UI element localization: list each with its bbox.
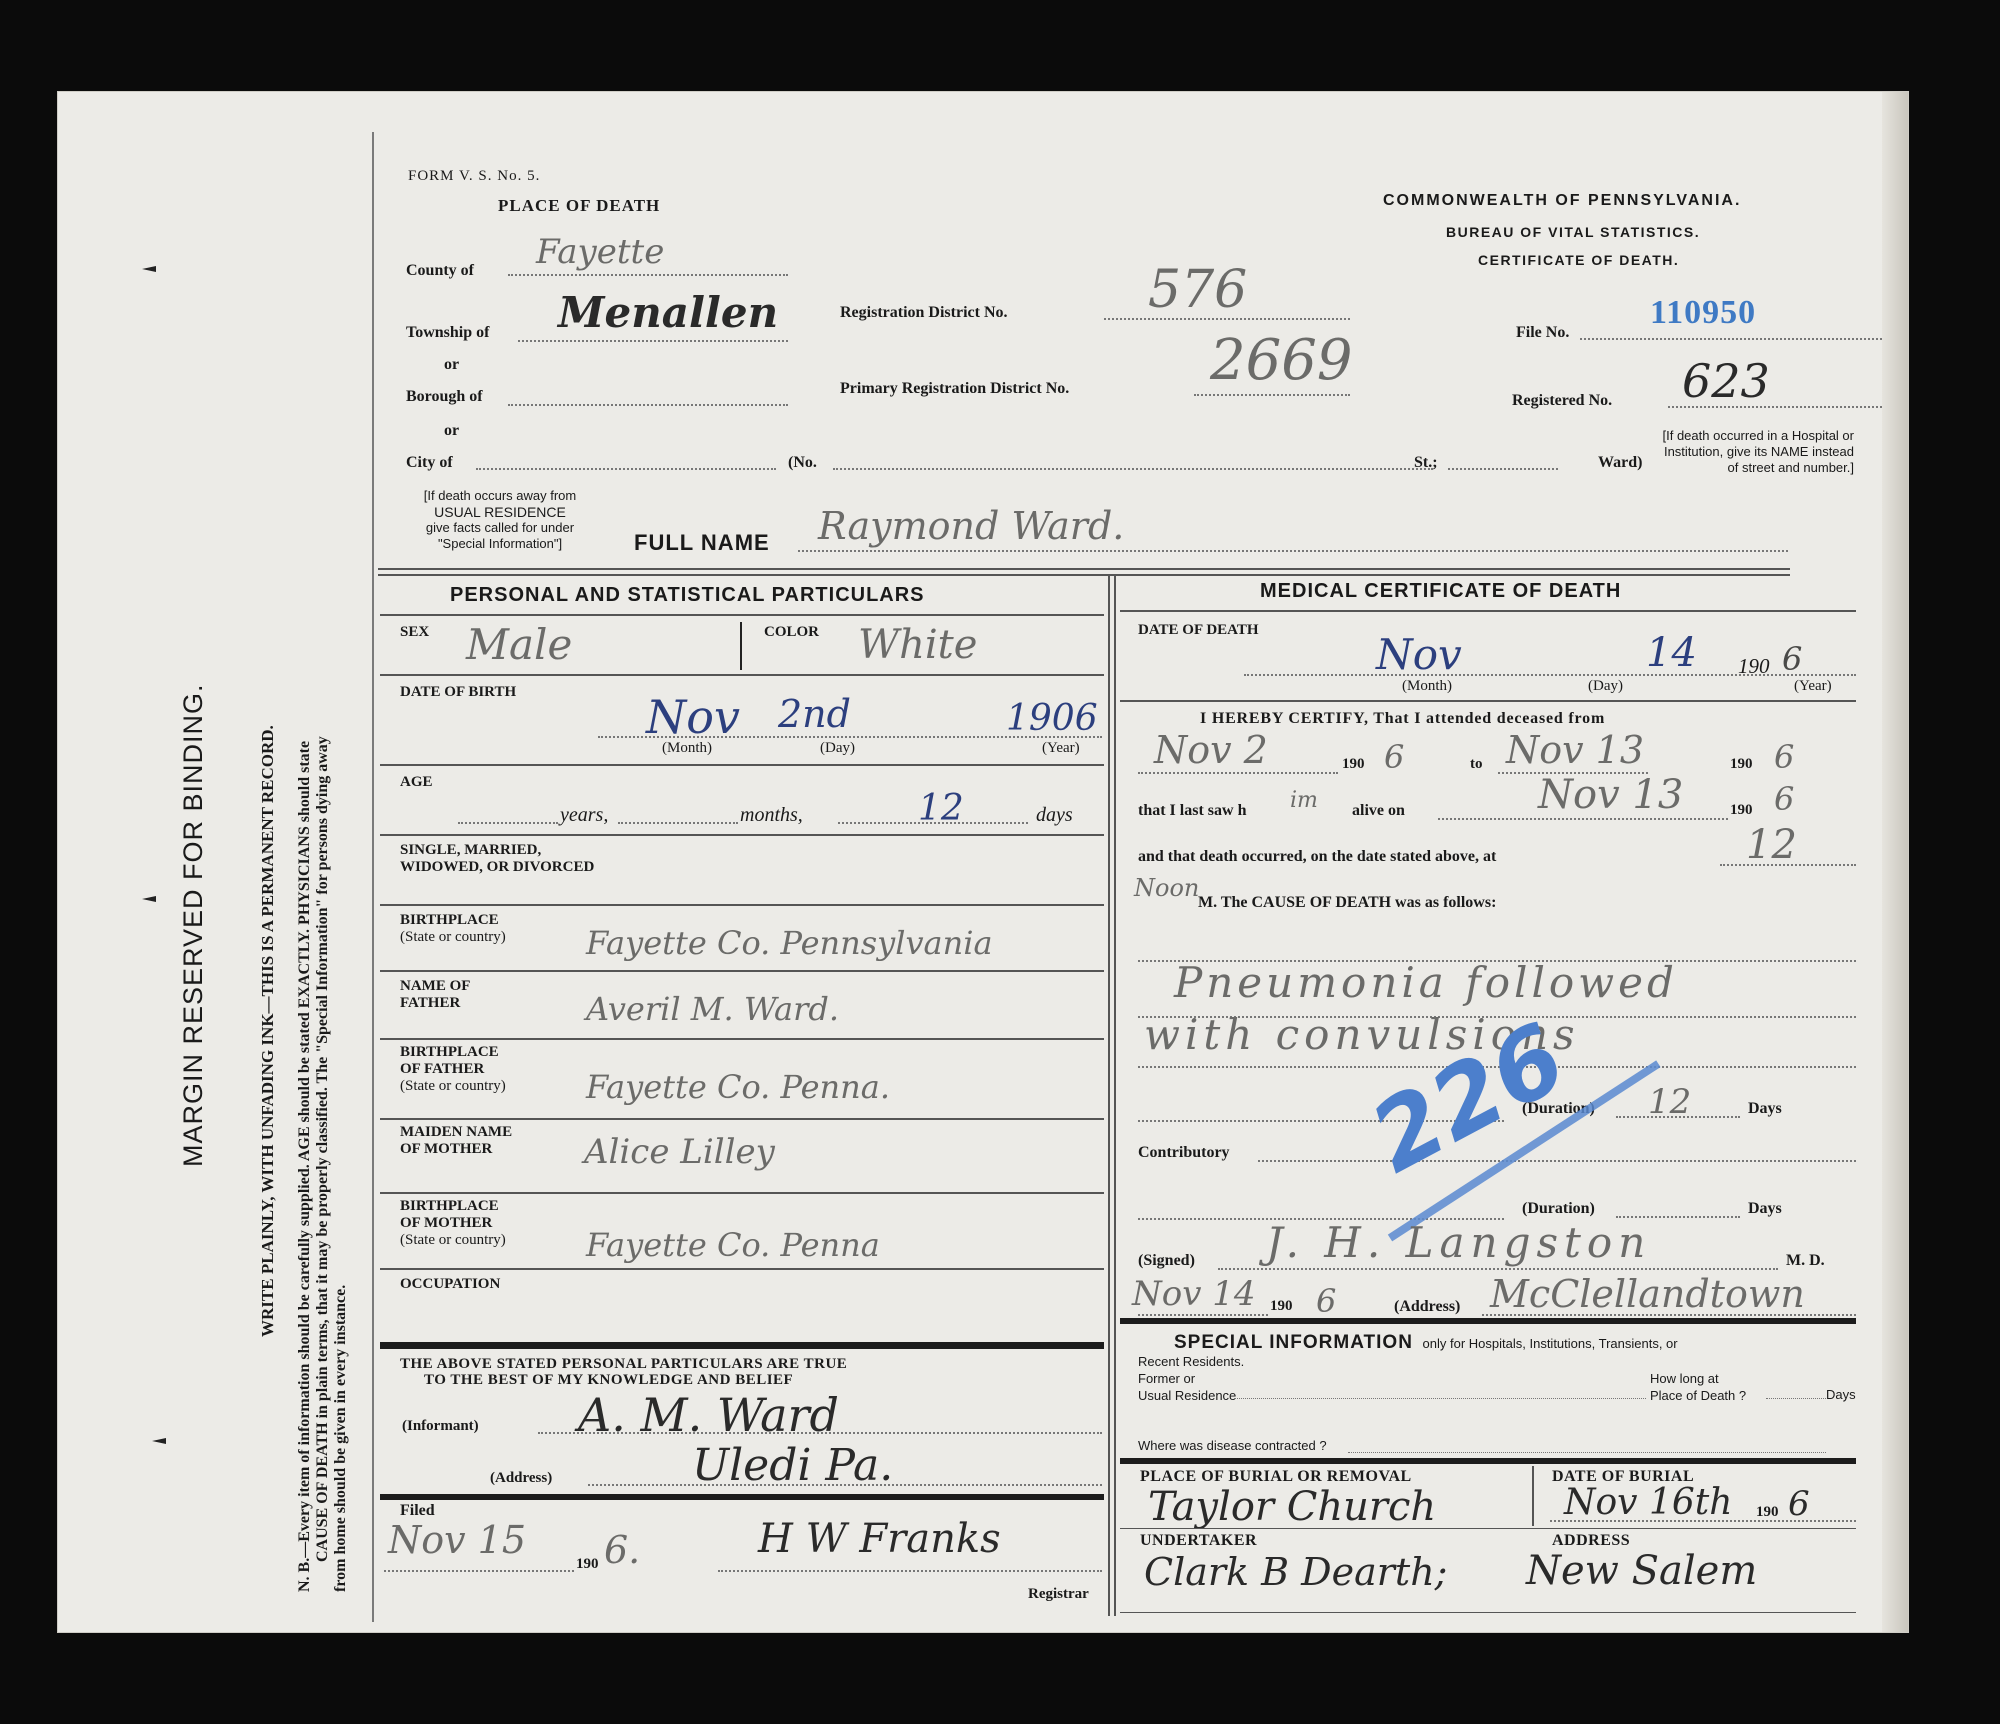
how-long-line: How long at [1650, 1370, 1746, 1387]
filed-year-prefix: 190 [576, 1556, 599, 1573]
last-saw-date: Nov 13 [1538, 772, 1683, 818]
binding-hole-icon [142, 892, 156, 906]
birthplace-label-line: BIRTHPLACE [400, 912, 506, 929]
section-divider [380, 1494, 1104, 1500]
year-caption: (Year) [1794, 678, 1832, 695]
year-prefix: 190 [1730, 802, 1753, 819]
place-of-death-heading: PLACE OF DEATH [498, 196, 660, 216]
attended-from-value: Nov 2 [1154, 728, 1268, 772]
month-caption: (Month) [662, 740, 712, 757]
physician-address-value: McClellandtown [1490, 1272, 1805, 1316]
column-divider [1114, 576, 1116, 1616]
death-certificate-page: MARGIN RESERVED FOR BINDING. WRITE PLAIN… [58, 92, 1908, 1632]
medical-section-title: MEDICAL CERTIFICATE OF DEATH [1260, 580, 1621, 603]
physician-address-label: (Address) [1394, 1298, 1460, 1316]
registration-district-label: Registration District No. [840, 304, 1008, 322]
borough-label: Borough of [406, 388, 483, 406]
undertaker-address-value[interactable]: New Salem [1526, 1548, 1757, 1594]
dob-month: Nov [646, 690, 740, 744]
birthplace-label: BIRTHPLACE (State or country) [400, 912, 506, 946]
mother-label-line: MAIDEN NAME [400, 1124, 512, 1141]
former-residence-label: Former or Usual Residence [1138, 1370, 1236, 1404]
cause-line-1: Pneumonia followed [1174, 958, 1678, 1007]
full-name-label: FULL NAME [634, 530, 770, 556]
registration-district-value: 576 [1148, 260, 1247, 320]
color-value[interactable]: White [858, 622, 977, 668]
contributory-label: Contributory [1138, 1144, 1230, 1162]
county-field[interactable] [508, 274, 788, 276]
divider [380, 1038, 1104, 1040]
divider [380, 970, 1104, 972]
address-no-label: (No. [788, 454, 817, 472]
registrar-signature: H W Franks [758, 1516, 1001, 1562]
binding-hole-icon [152, 1434, 166, 1448]
noon-value: Noon [1134, 874, 1199, 902]
or-label: or [444, 422, 459, 440]
days-label: Days [1748, 1100, 1782, 1118]
to-label: to [1470, 756, 1483, 773]
file-no-label: File No. [1516, 324, 1569, 342]
mother-label-line: OF MOTHER [400, 1141, 512, 1158]
divider [380, 764, 1104, 766]
dob-year: 1906 [1006, 698, 1098, 739]
binding-hole-icon [142, 262, 156, 276]
divider [380, 1268, 1104, 1270]
file-no-stamp: 110950 [1650, 294, 1756, 332]
father-name-label: NAME OF FATHER [400, 978, 470, 1012]
contributory-field[interactable] [1258, 1160, 1856, 1162]
city-field[interactable] [476, 468, 776, 470]
attended-to-value: Nov 13 [1506, 728, 1644, 772]
last-saw-year: 6 [1774, 780, 1794, 818]
cause-of-death-label: M. The CAUSE OF DEATH was as follows: [1198, 894, 1496, 912]
dob-label: DATE OF BIRTH [400, 684, 516, 701]
borough-field[interactable] [508, 404, 788, 406]
ward-label: Ward) [1598, 454, 1642, 472]
residence-note-line: USUAL RESIDENCE [402, 504, 598, 520]
age-days-value: 12 [918, 788, 964, 829]
township-value: Menallen [558, 288, 778, 337]
or-label: or [444, 356, 459, 374]
how-long-field[interactable] [1766, 1398, 1826, 1399]
attest-line-2: TO THE BEST OF MY KNOWLEDGE AND BELIEF [424, 1372, 793, 1389]
margin-reserved-text: MARGIN RESERVED FOR BINDING. [178, 683, 209, 1167]
paper-edge-shadow [1882, 92, 1908, 1632]
township-field[interactable] [518, 340, 788, 342]
duration-label: (Duration) [1522, 1200, 1595, 1218]
nb-line-2: CAUSE OF DEATH in plain terms, that it m… [314, 736, 332, 1562]
year-prefix: 190 [1756, 1504, 1779, 1521]
residence-note: [If death occurs away from USUAL RESIDEN… [402, 488, 598, 552]
signed-label: (Signed) [1138, 1252, 1195, 1270]
last-saw-pronoun: im [1290, 788, 1318, 813]
mother-birthplace-label: BIRTHPLACE OF MOTHER (State or country) [400, 1198, 506, 1249]
months-label: months, [740, 804, 803, 827]
marital-label-line: WIDOWED, OR DIVORCED [400, 859, 594, 876]
birthplace-value[interactable]: Fayette Co. Pennsylvania [586, 924, 993, 962]
father-bp-label-line: OF FATHER [400, 1061, 506, 1078]
marital-label-line: SINGLE, MARRIED, [400, 842, 594, 859]
attended-to-year: 6 [1774, 738, 1794, 776]
write-plainly-text: WRITE PLAINLY, WITH UNFADING INK—THIS IS… [258, 725, 278, 1337]
signature-field[interactable] [1218, 1268, 1778, 1270]
year-prefix: 190 [1270, 1298, 1293, 1315]
state-or-country: (State or country) [400, 929, 506, 946]
marital-status-field[interactable] [618, 852, 1098, 888]
father-label-line: NAME OF [400, 978, 470, 995]
signed-date-field[interactable] [1138, 1314, 1268, 1316]
former-label-line: Usual Residence [1138, 1387, 1236, 1404]
mother-name-value[interactable]: Alice Lilley [584, 1132, 775, 1172]
burial-year-suffix: 6 [1788, 1484, 1810, 1524]
days-label: Days [1748, 1200, 1782, 1218]
divider [378, 574, 1790, 576]
disease-contracted-field[interactable] [1348, 1452, 1826, 1453]
form-number: FORM V. S. No. 5. [408, 168, 540, 185]
primary-registration-value: 2669 [1210, 328, 1353, 393]
city-label: City of [406, 454, 453, 472]
township-label: Township of [406, 324, 489, 342]
occupation-field[interactable] [598, 1276, 1098, 1316]
street-address-field[interactable] [833, 468, 1433, 470]
undertaker-value[interactable]: Clark B Dearth; [1144, 1550, 1447, 1594]
special-info-title: SPECIAL INFORMATION [1174, 1332, 1413, 1353]
field-divider [1532, 1466, 1534, 1526]
county-value: Fayette [536, 232, 664, 272]
special-info-subtitle: only for Hospitals, Institutions, Transi… [1423, 1336, 1678, 1351]
divider [1120, 700, 1856, 702]
date-of-death-label: DATE OF DEATH [1138, 622, 1259, 639]
full-name-value: Raymond Ward. [818, 504, 1124, 548]
attended-from-field[interactable] [1138, 772, 1338, 774]
alive-on-label: alive on [1352, 802, 1405, 820]
attest-line-1: THE ABOVE STATED PERSONAL PARTICULARS AR… [400, 1356, 847, 1373]
undertaker-label: UNDERTAKER [1140, 1532, 1257, 1550]
mother-birthplace-value[interactable]: Fayette Co. Penna [586, 1226, 880, 1264]
dob-day: 2nd [778, 692, 851, 736]
state-or-country: (State or country) [400, 1232, 506, 1249]
father-birthplace-value[interactable]: Fayette Co. Penna. [586, 1068, 890, 1106]
last-saw-field[interactable] [1438, 818, 1728, 820]
death-year-suffix: 6 [1782, 640, 1802, 678]
physician-signature: J. H. Langston [1266, 1218, 1651, 1267]
informant-address-label: (Address) [490, 1470, 552, 1487]
death-time-value: 12 [1746, 822, 1797, 868]
signed-date: Nov 14 [1132, 1274, 1256, 1314]
informant-address-value: Uledi Pa. [692, 1440, 893, 1491]
father-bp-label-line: BIRTHPLACE [400, 1044, 506, 1061]
burial-place-value[interactable]: Taylor Church [1148, 1484, 1436, 1530]
divider [380, 904, 1104, 906]
divider [380, 1192, 1104, 1194]
nb-line-1: N. B.—Every item of information should b… [296, 741, 314, 1592]
day-caption: (Day) [1588, 678, 1623, 695]
bureau-heading: BUREAU OF VITAL STATISTICS. [1446, 224, 1700, 240]
years-label: years, [560, 804, 608, 827]
registrar-label: Registrar [1028, 1586, 1089, 1603]
death-year-prefix: 190 [1738, 654, 1770, 679]
divider [1120, 610, 1856, 612]
nb-line-3: from home should be given in every insta… [332, 1285, 350, 1592]
commonwealth-heading: COMMONWEALTH OF PENNSYLVANIA. [1383, 192, 1741, 210]
certificate-heading: CERTIFICATE OF DEATH. [1478, 252, 1679, 268]
primary-registration-field[interactable] [1194, 394, 1350, 396]
certify-text: I HEREBY CERTIFY, That I attended deceas… [1200, 710, 1605, 728]
filed-date-value: Nov 15 [388, 1518, 526, 1562]
informant-value: A. M. Ward [578, 1388, 839, 1442]
father-birthplace-label: BIRTHPLACE OF FATHER (State or country) [400, 1044, 506, 1095]
mother-bp-label-line: OF MOTHER [400, 1215, 506, 1232]
duration-value: 12 [1648, 1082, 1691, 1122]
burial-date-value: Nov 16th [1564, 1482, 1732, 1523]
residence-note-line: [If death occurs away from [402, 488, 598, 504]
ward-field[interactable] [1448, 468, 1558, 470]
file-no-field[interactable] [1580, 338, 1882, 340]
father-name-value[interactable]: Averil M. Ward. [586, 990, 839, 1028]
year-prefix: 190 [1342, 756, 1365, 773]
death-month: Nov [1376, 630, 1462, 679]
section-divider [1120, 1458, 1856, 1464]
age-years-field[interactable] [458, 822, 558, 824]
year-prefix: 190 [1730, 756, 1753, 773]
divider [1120, 1612, 1856, 1613]
death-day: 14 [1646, 630, 1697, 676]
former-residence-field[interactable] [1234, 1398, 1646, 1399]
divider [380, 674, 1104, 676]
field-divider [740, 622, 742, 670]
how-long-label: How long at Place of Death ? [1650, 1370, 1746, 1404]
days-label: days [1036, 804, 1073, 827]
divider [380, 614, 1104, 616]
former-label-line: Former or [1138, 1370, 1236, 1387]
occupation-label: OCCUPATION [400, 1276, 500, 1293]
mother-bp-label-line: BIRTHPLACE [400, 1198, 506, 1215]
year-caption: (Year) [1042, 740, 1080, 757]
column-divider [1108, 576, 1110, 1616]
state-or-country: (State or country) [400, 1078, 506, 1095]
days-label: Days [1826, 1387, 1856, 1402]
marital-status-label: SINGLE, MARRIED, WIDOWED, OR DIVORCED [400, 842, 594, 876]
county-label: County of [406, 262, 474, 280]
form-left-border [372, 132, 374, 1622]
registered-no-value: 623 [1682, 354, 1770, 408]
divider [380, 1118, 1104, 1120]
divider [378, 568, 1790, 570]
registrar-field[interactable] [718, 1570, 1102, 1572]
last-saw-label: that I last saw h [1138, 802, 1246, 820]
section-divider [380, 1342, 1104, 1349]
street-label: St.; [1414, 454, 1438, 472]
signed-year: 6 [1316, 1282, 1336, 1320]
color-label: COLOR [764, 624, 819, 641]
filed-date-field[interactable] [384, 1570, 574, 1572]
section-divider [1120, 1318, 1856, 1324]
personal-section-title: PERSONAL AND STATISTICAL PARTICULARS [450, 584, 925, 607]
day-caption: (Day) [820, 740, 855, 757]
residence-note-line: give facts called for under [402, 520, 598, 536]
sex-label: SEX [400, 624, 429, 641]
month-caption: (Month) [1402, 678, 1452, 695]
registered-no-label: Registered No. [1512, 392, 1612, 410]
special-info-heading: SPECIAL INFORMATION only for Hospitals, … [1138, 1332, 1678, 1369]
divider [380, 834, 1104, 836]
divider [1120, 1528, 1856, 1529]
hospital-note: [If death occurred in a Hospital or Inst… [1654, 428, 1854, 476]
death-occurred-label: and that death occurred, on the date sta… [1138, 848, 1496, 866]
full-name-field[interactable] [798, 550, 1788, 552]
sex-value[interactable]: Male [466, 620, 572, 669]
filed-year-suffix: 6. [604, 1528, 640, 1572]
mother-name-label: MAIDEN NAME OF MOTHER [400, 1124, 512, 1158]
disease-contracted-label: Where was disease contracted ? [1138, 1438, 1327, 1453]
residence-note-line: "Special Information"] [402, 536, 598, 552]
father-label-line: FATHER [400, 995, 470, 1012]
age-months-field[interactable] [618, 822, 738, 824]
special-info-subtitle-2: Recent Residents. [1138, 1354, 1678, 1369]
attended-from-year: 6 [1384, 738, 1404, 776]
md-label: M. D. [1786, 1252, 1825, 1270]
how-long-line: Place of Death ? [1650, 1387, 1746, 1404]
informant-label: (Informant) [402, 1418, 479, 1435]
age-label: AGE [400, 774, 433, 791]
primary-registration-label: Primary Registration District No. [840, 380, 1069, 398]
